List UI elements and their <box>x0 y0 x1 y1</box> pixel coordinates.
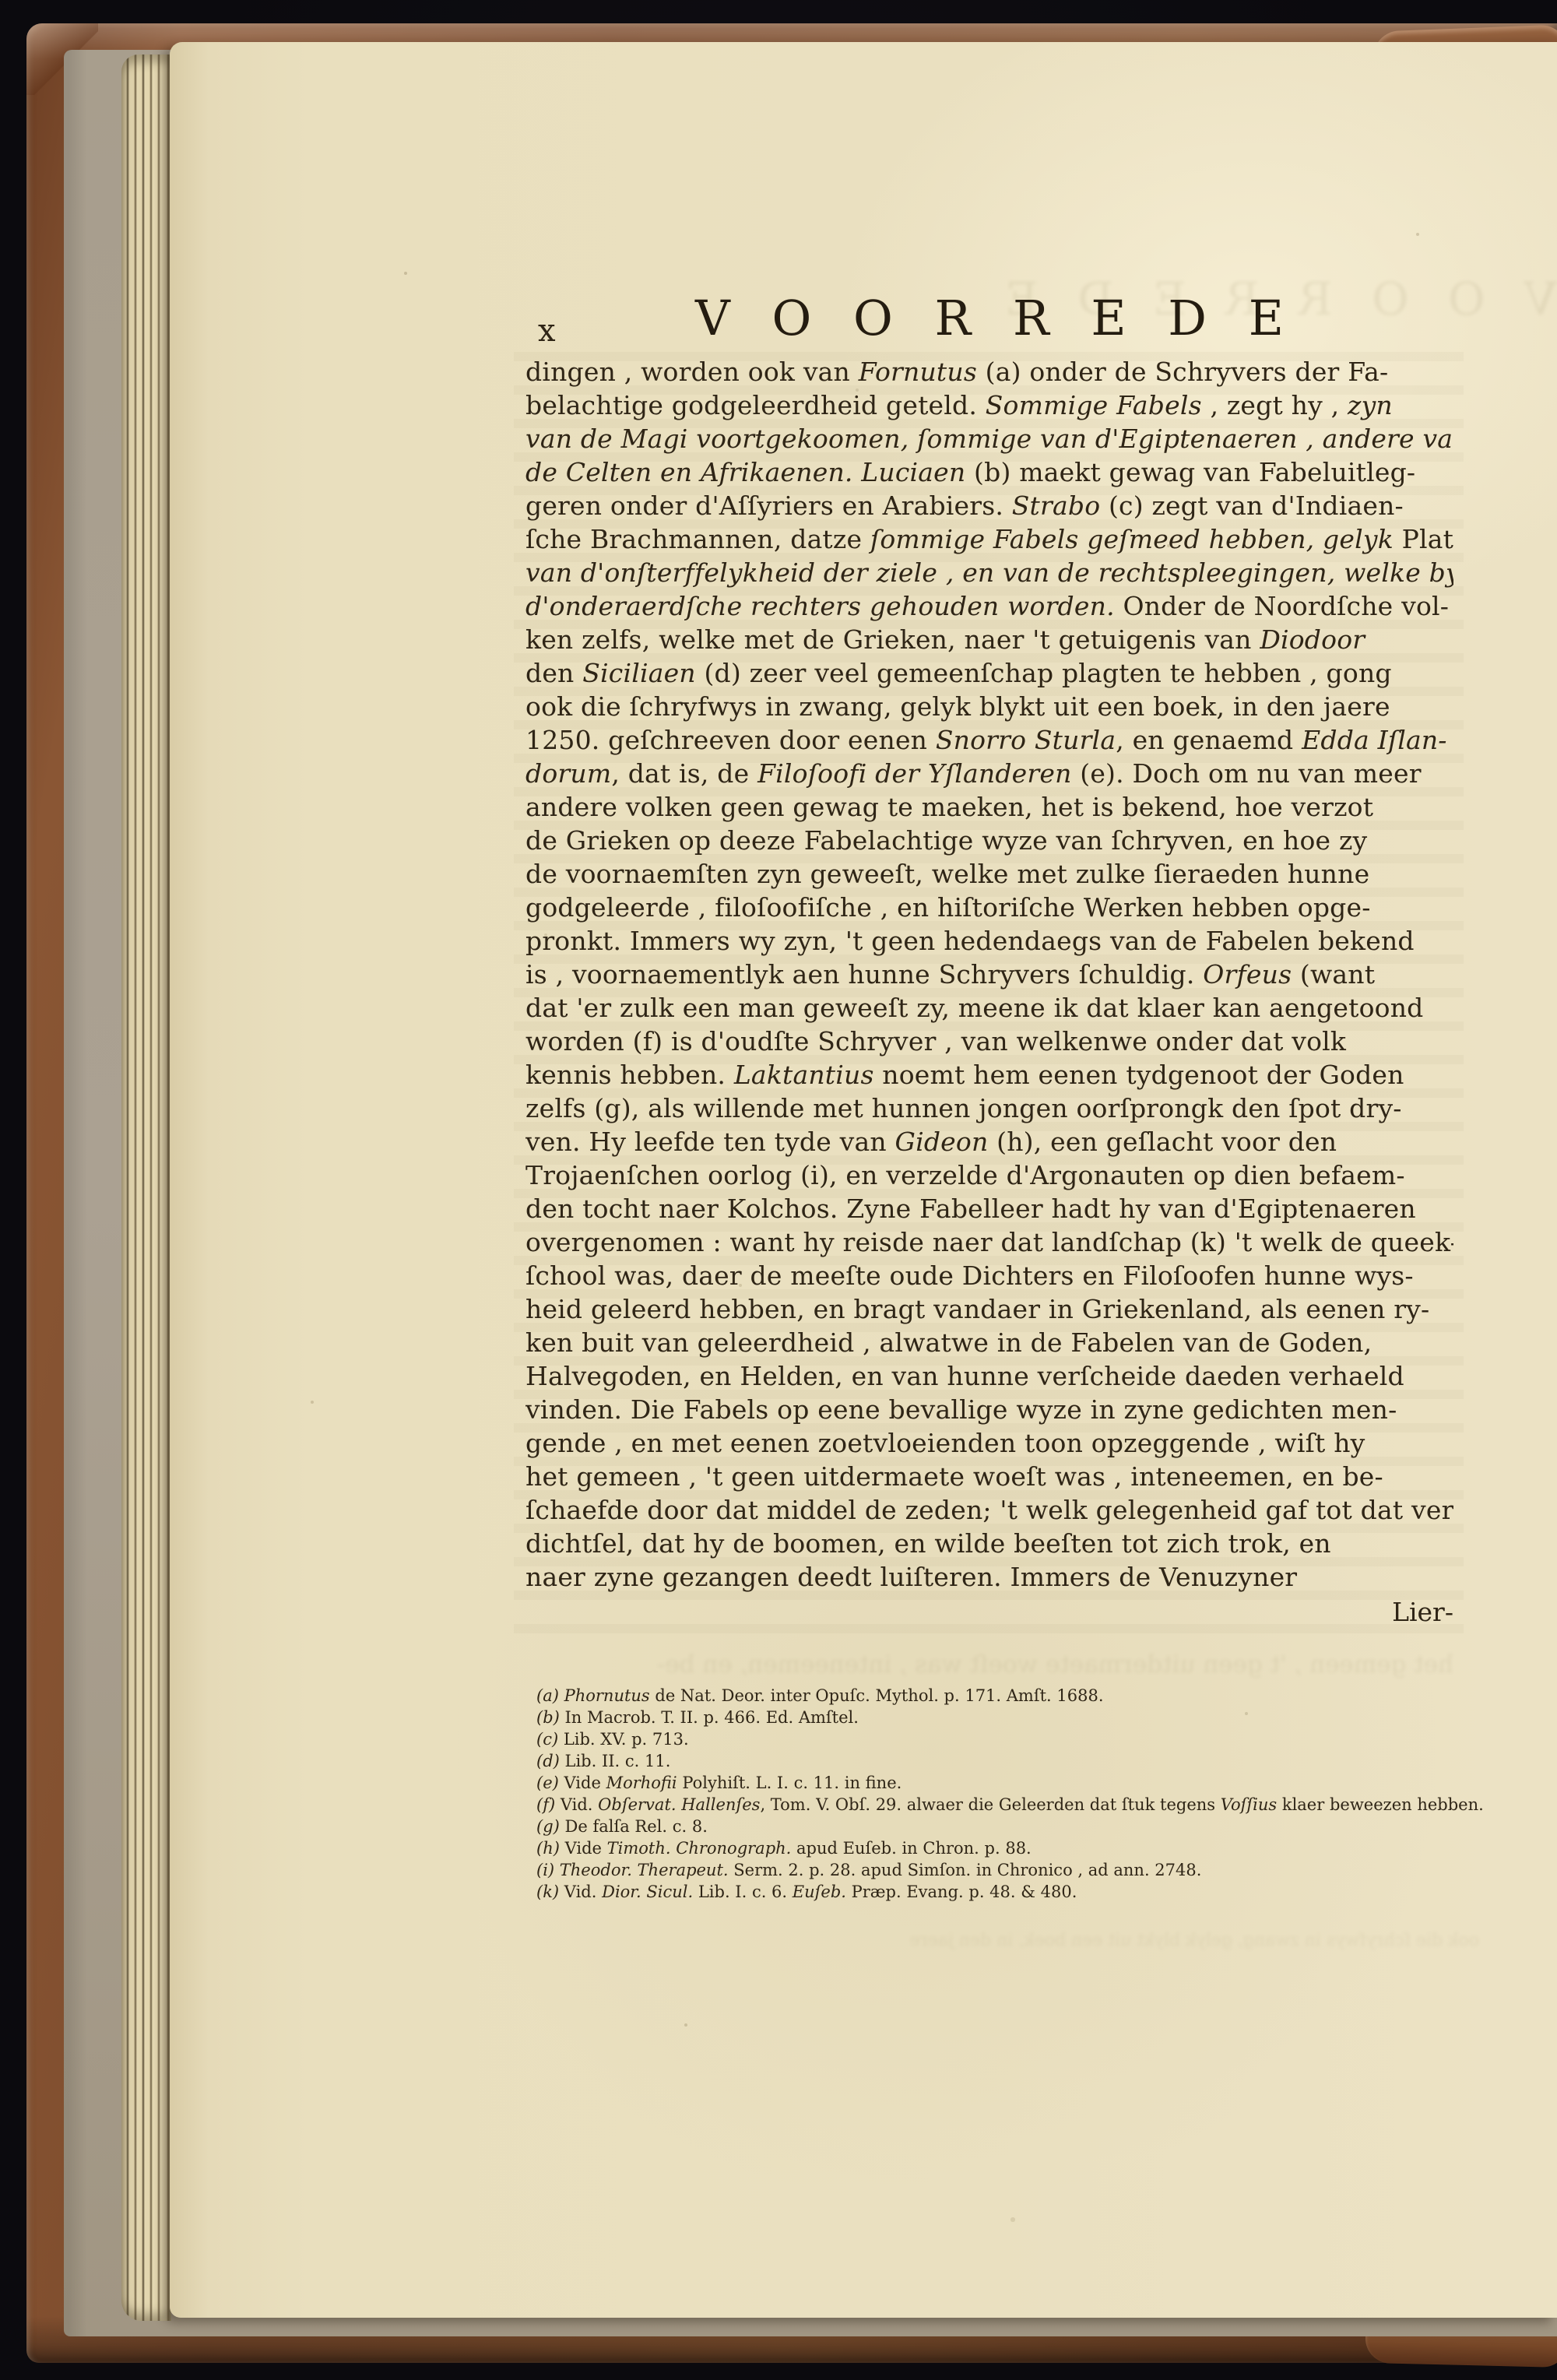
page-number: x <box>538 313 556 349</box>
body-text: dingen , worden ook van Fornutus (a) ond… <box>525 355 1453 1594</box>
page-title: V O O R R E D E <box>525 290 1467 346</box>
body-line: de Grieken op deeze Fabelachtige wyze va… <box>525 824 1453 857</box>
body-line: den tocht naer Kolchos. Zyne Fabelleer h… <box>525 1192 1453 1225</box>
body-line: naer zyne gezangen deedt luiſteren. Imme… <box>525 1560 1453 1594</box>
body-line: dat 'er zulk een man geweeſt zy, meene i… <box>525 991 1453 1025</box>
body-line: de voornaemſten zyn geweeſt, welke met z… <box>525 857 1453 891</box>
body-line: ſche Brachmannen, datze ſommige Fabels g… <box>525 522 1453 556</box>
body-line: geren onder d'Aſſyriers en Arabiers. Str… <box>525 489 1453 522</box>
body-line: ven. Hy leefde ten tyde van Gideon (h), … <box>525 1125 1453 1158</box>
body-line: gende , en met eenen zoetvloeienden toon… <box>525 1426 1453 1460</box>
body-line: godgeleerde , filoſoofiſche , en hiſtori… <box>525 891 1453 924</box>
body-line: andere volken geen gewag te maeken, het … <box>525 790 1453 824</box>
body-line: van d'onſterffelykheid der ziele , en va… <box>525 556 1453 589</box>
page-header: x V O O R R E D E <box>525 290 1453 355</box>
footnotes-block: (a) Phornutus de Nat. Deor. inter Opuſc.… <box>536 1685 1525 1903</box>
body-line: dingen , worden ook van Fornutus (a) ond… <box>525 355 1453 388</box>
body-line: d'onderaerdſche rechters gehouden worden… <box>525 589 1453 623</box>
body-line: dichtſel, dat hy de boomen, en wilde bee… <box>525 1527 1453 1560</box>
footnote-line: (c) Lib. XV. p. 713. <box>536 1728 1525 1750</box>
body-line: heid geleerd hebben, en bragt vandaer in… <box>525 1292 1453 1326</box>
body-line: ook die ſchryfwys in zwang, gelyk blykt … <box>525 690 1453 723</box>
body-line: is , voornaementlyk aen hunne Schryvers … <box>525 958 1453 991</box>
paper-specks <box>0 0 2 2</box>
catchword-line: Lier- <box>525 1597 1453 1630</box>
body-line: overgenomen : want hy reisde naer dat la… <box>525 1225 1453 1259</box>
body-line: dorum, dat is, de Filoſoofi der Yſlander… <box>525 757 1453 790</box>
body-line: Halvegoden, en Helden, en van hunne verſ… <box>525 1359 1453 1393</box>
screenshot-root: { "book": { "page_number": "x", "header_… <box>0 0 1557 2380</box>
body-line: ſchaefde door dat middel de zeden; 't we… <box>525 1493 1453 1527</box>
body-line: ſchool was, daer de meeſte oude Dichters… <box>525 1259 1453 1292</box>
footnote-line: (e) Vide Morhofii Polyhiſt. L. I. c. 11.… <box>536 1772 1525 1794</box>
body-line: pronkt. Immers wy zyn, 't geen hedendaeg… <box>525 924 1453 958</box>
body-line: zelfs (g), als willende met hunnen jonge… <box>525 1092 1453 1125</box>
footnote-line: (k) Vid. Dior. Sicul. Lib. I. c. 6. Euſe… <box>536 1881 1525 1903</box>
body-line: ken buit van geleerdheid , alwatwe in de… <box>525 1326 1453 1359</box>
body-line: het gemeen , 't geen uitdermaete woeſt w… <box>525 1460 1453 1493</box>
page-edge-stack <box>121 54 171 2321</box>
footnote-line: (a) Phornutus de Nat. Deor. inter Opuſc.… <box>536 1685 1525 1707</box>
body-line: worden (f) is d'oudſte Schryver , van we… <box>525 1025 1453 1058</box>
footnote-line: (b) In Macrob. T. II. p. 466. Ed. Amſtel… <box>536 1707 1525 1728</box>
body-line: de Celten en Afrikaenen. Luciaen (b) mae… <box>525 455 1453 489</box>
body-line: den Siciliaen (d) zeer veel gemeenſchap … <box>525 656 1453 690</box>
text-column: x V O O R R E D E dingen , worden ook va… <box>525 290 1453 1903</box>
footnote-line: (f) Vid. Obſervat. Hallenſes, Tom. V. Ob… <box>536 1794 1525 1816</box>
body-line: 1250. geſchreeven door eenen Snorro Stur… <box>525 723 1453 757</box>
body-line: Trojaenſchen oorlog (i), en verzelde d'A… <box>525 1158 1453 1192</box>
body-line: belachtige godgeleerdheid geteld. Sommig… <box>525 388 1453 422</box>
catchword: Lier- <box>1392 1597 1453 1627</box>
footnote-line: (i) Theodor. Therapeut. Serm. 2. p. 28. … <box>536 1859 1525 1881</box>
body-line: kennis hebben. Laktantius noemt hem eene… <box>525 1058 1453 1092</box>
body-line: vinden. Die Fabels op eene bevallige wyz… <box>525 1393 1453 1426</box>
footnote-line: (d) Lib. II. c. 11. <box>536 1750 1525 1772</box>
body-line: ken zelfs, welke met de Grieken, naer 't… <box>525 623 1453 656</box>
footnote-line: (h) Vide Timoth. Chronograph. apud Euſeb… <box>536 1837 1525 1859</box>
body-line: van de Magi voortgekoomen, ſommige van d… <box>525 422 1453 455</box>
footnote-line: (g) De falſa Rel. c. 8. <box>536 1816 1525 1837</box>
